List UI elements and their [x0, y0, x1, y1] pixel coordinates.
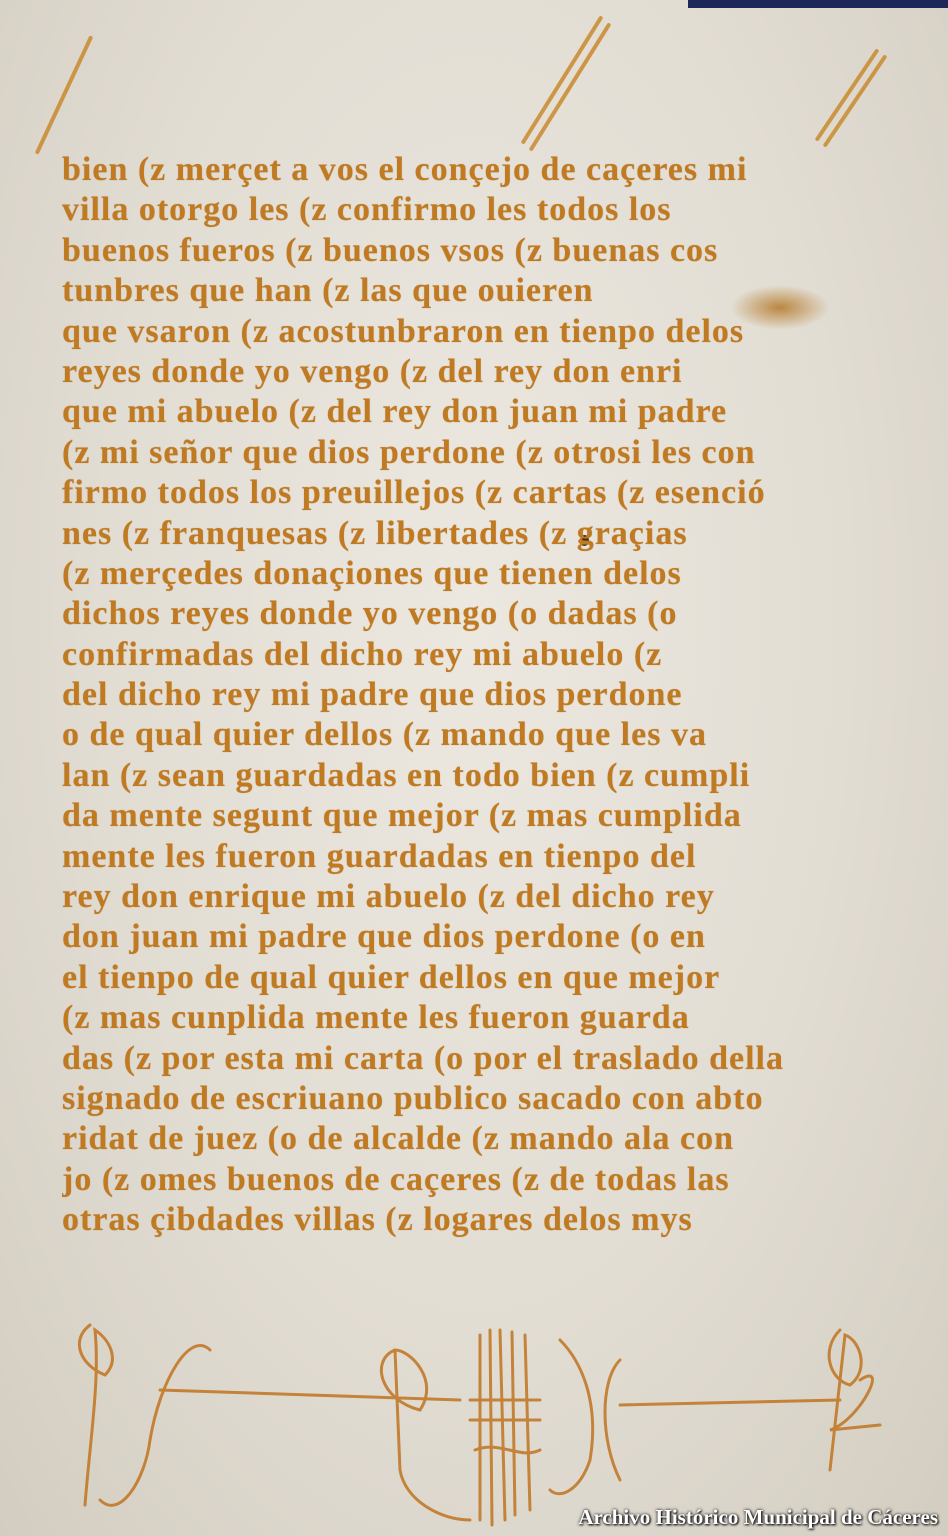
text-line: da mente segunt que mejor (z mas cumplid… — [62, 796, 892, 836]
text-line: signado de escriuano publico sacado con … — [62, 1079, 892, 1119]
text-line: el tienpo de qual quier dellos en que me… — [62, 958, 892, 998]
text-line: dichos reyes donde yo vengo (o dadas (o — [62, 594, 892, 634]
text-line: o de qual quier dellos (z mando que les … — [62, 715, 892, 755]
text-line: lan (z sean guardadas en todo bien (z cu… — [62, 756, 892, 796]
text-line: ridat de juez (o de alcalde (z mando ala… — [62, 1119, 892, 1159]
text-line: otras çibdades villas (z logares delos m… — [62, 1200, 892, 1240]
text-line: bien (z merçet a vos el conçejo de caçer… — [62, 150, 892, 190]
text-line: (z merçedes donaçiones que tienen delos — [62, 554, 892, 594]
signature-flourish — [60, 1320, 900, 1530]
text-line: tunbres que han (z las que ouieren — [62, 271, 892, 311]
text-line: que mi abuelo (z del rey don juan mi pad… — [62, 392, 892, 432]
decorative-stroke — [529, 22, 612, 151]
text-line: del dicho rey mi padre que dios perdone — [62, 675, 892, 715]
text-line: (z mas cunplida mente les fueron guarda — [62, 998, 892, 1038]
text-line: don juan mi padre que dios perdone (o en — [62, 917, 892, 957]
text-line: confirmadas del dicho rey mi abuelo (z — [62, 635, 892, 675]
archive-watermark: Archivo Histórico Municipal de Cáceres — [578, 1505, 938, 1530]
text-line: firmo todos los preuillejos (z cartas (z… — [62, 473, 892, 513]
text-line: que vsaron (z acostunbraron en tienpo de… — [62, 312, 892, 352]
text-line: das (z por esta mi carta (o por el trasl… — [62, 1039, 892, 1079]
text-line: mente les fueron guardadas en tienpo del — [62, 837, 892, 877]
decorative-stroke — [521, 15, 604, 144]
text-line: rey don enrique mi abuelo (z del dicho r… — [62, 877, 892, 917]
decorative-stroke — [815, 48, 880, 141]
manuscript-text: bien (z merçet a vos el conçejo de caçer… — [62, 150, 892, 1241]
text-line: nes (z franquesas (z libertades (z graçi… — [62, 514, 892, 554]
decorative-stroke — [35, 35, 94, 155]
text-line: buenos fueros (z buenos vsos (z buenas c… — [62, 231, 892, 271]
text-line: reyes donde yo vengo (z del rey don enri — [62, 352, 892, 392]
background-edge — [688, 0, 948, 8]
text-line: jo (z omes buenos de caçeres (z de todas… — [62, 1160, 892, 1200]
text-line: (z mi señor que dios perdone (z otrosi l… — [62, 433, 892, 473]
decorative-stroke — [823, 54, 888, 147]
text-line: villa otorgo les (z confirmo les todos l… — [62, 190, 892, 230]
